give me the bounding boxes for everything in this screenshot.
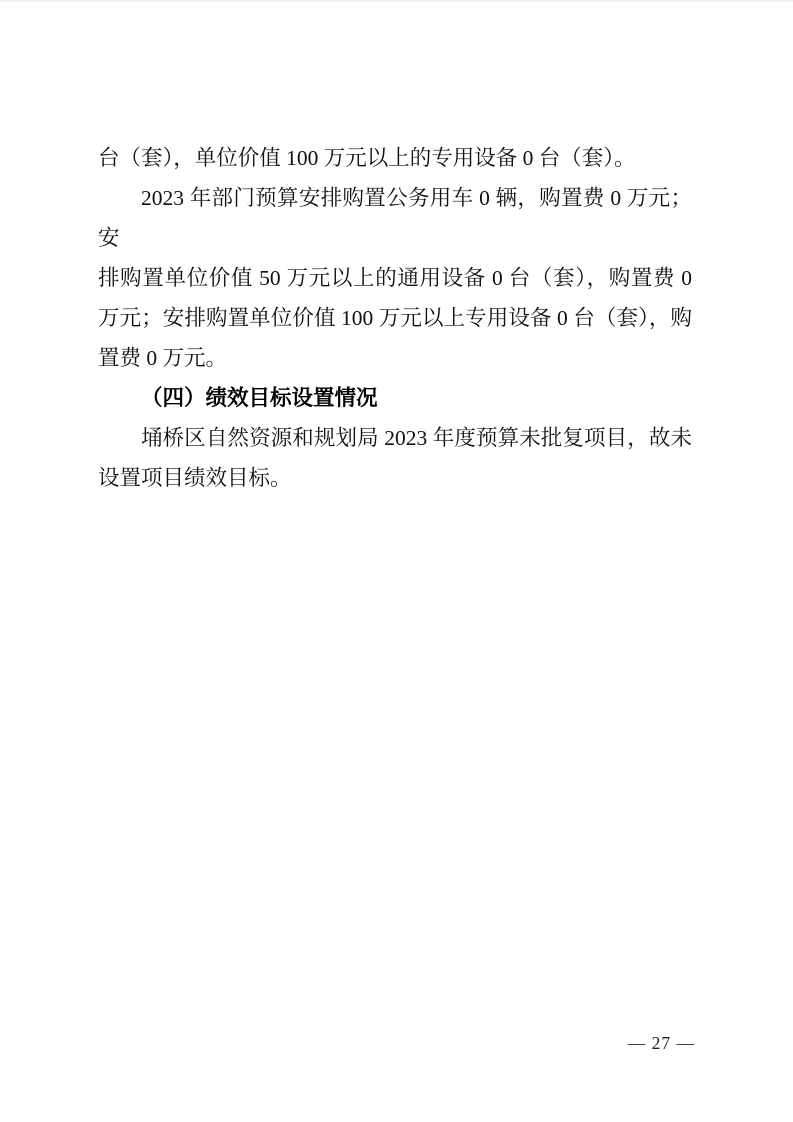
page-body: 台（套），单位价值 100 万元以上的专用设备 0 台（套）。 2023 年部门… [98, 138, 692, 498]
body-paragraph-line: 埇桥区自然资源和规划局 2023 年度预算未批复项目，故未 [98, 418, 692, 458]
page-number: — 27 — [628, 1033, 695, 1053]
body-paragraph-line: 2023 年部门预算安排购置公务用车 0 辆，购置费 0 万元；安 [98, 178, 692, 258]
document-page: 台（套），单位价值 100 万元以上的专用设备 0 台（套）。 2023 年部门… [0, 0, 793, 1122]
body-paragraph-line: 置费 0 万元。 [98, 338, 692, 378]
paragraph-continuation-line: 台（套），单位价值 100 万元以上的专用设备 0 台（套）。 [98, 138, 692, 178]
page-footer: — 27 — [628, 1032, 695, 1054]
body-paragraph-line: 万元；安排购置单位价值 100 万元以上专用设备 0 台（套），购 [98, 298, 692, 338]
body-paragraph-line: 排购置单位价值 50 万元以上的通用设备 0 台（套），购置费 0 [98, 258, 692, 298]
body-paragraph-line: 设置项目绩效目标。 [98, 458, 692, 498]
section-heading: （四）绩效目标设置情况 [98, 378, 692, 418]
